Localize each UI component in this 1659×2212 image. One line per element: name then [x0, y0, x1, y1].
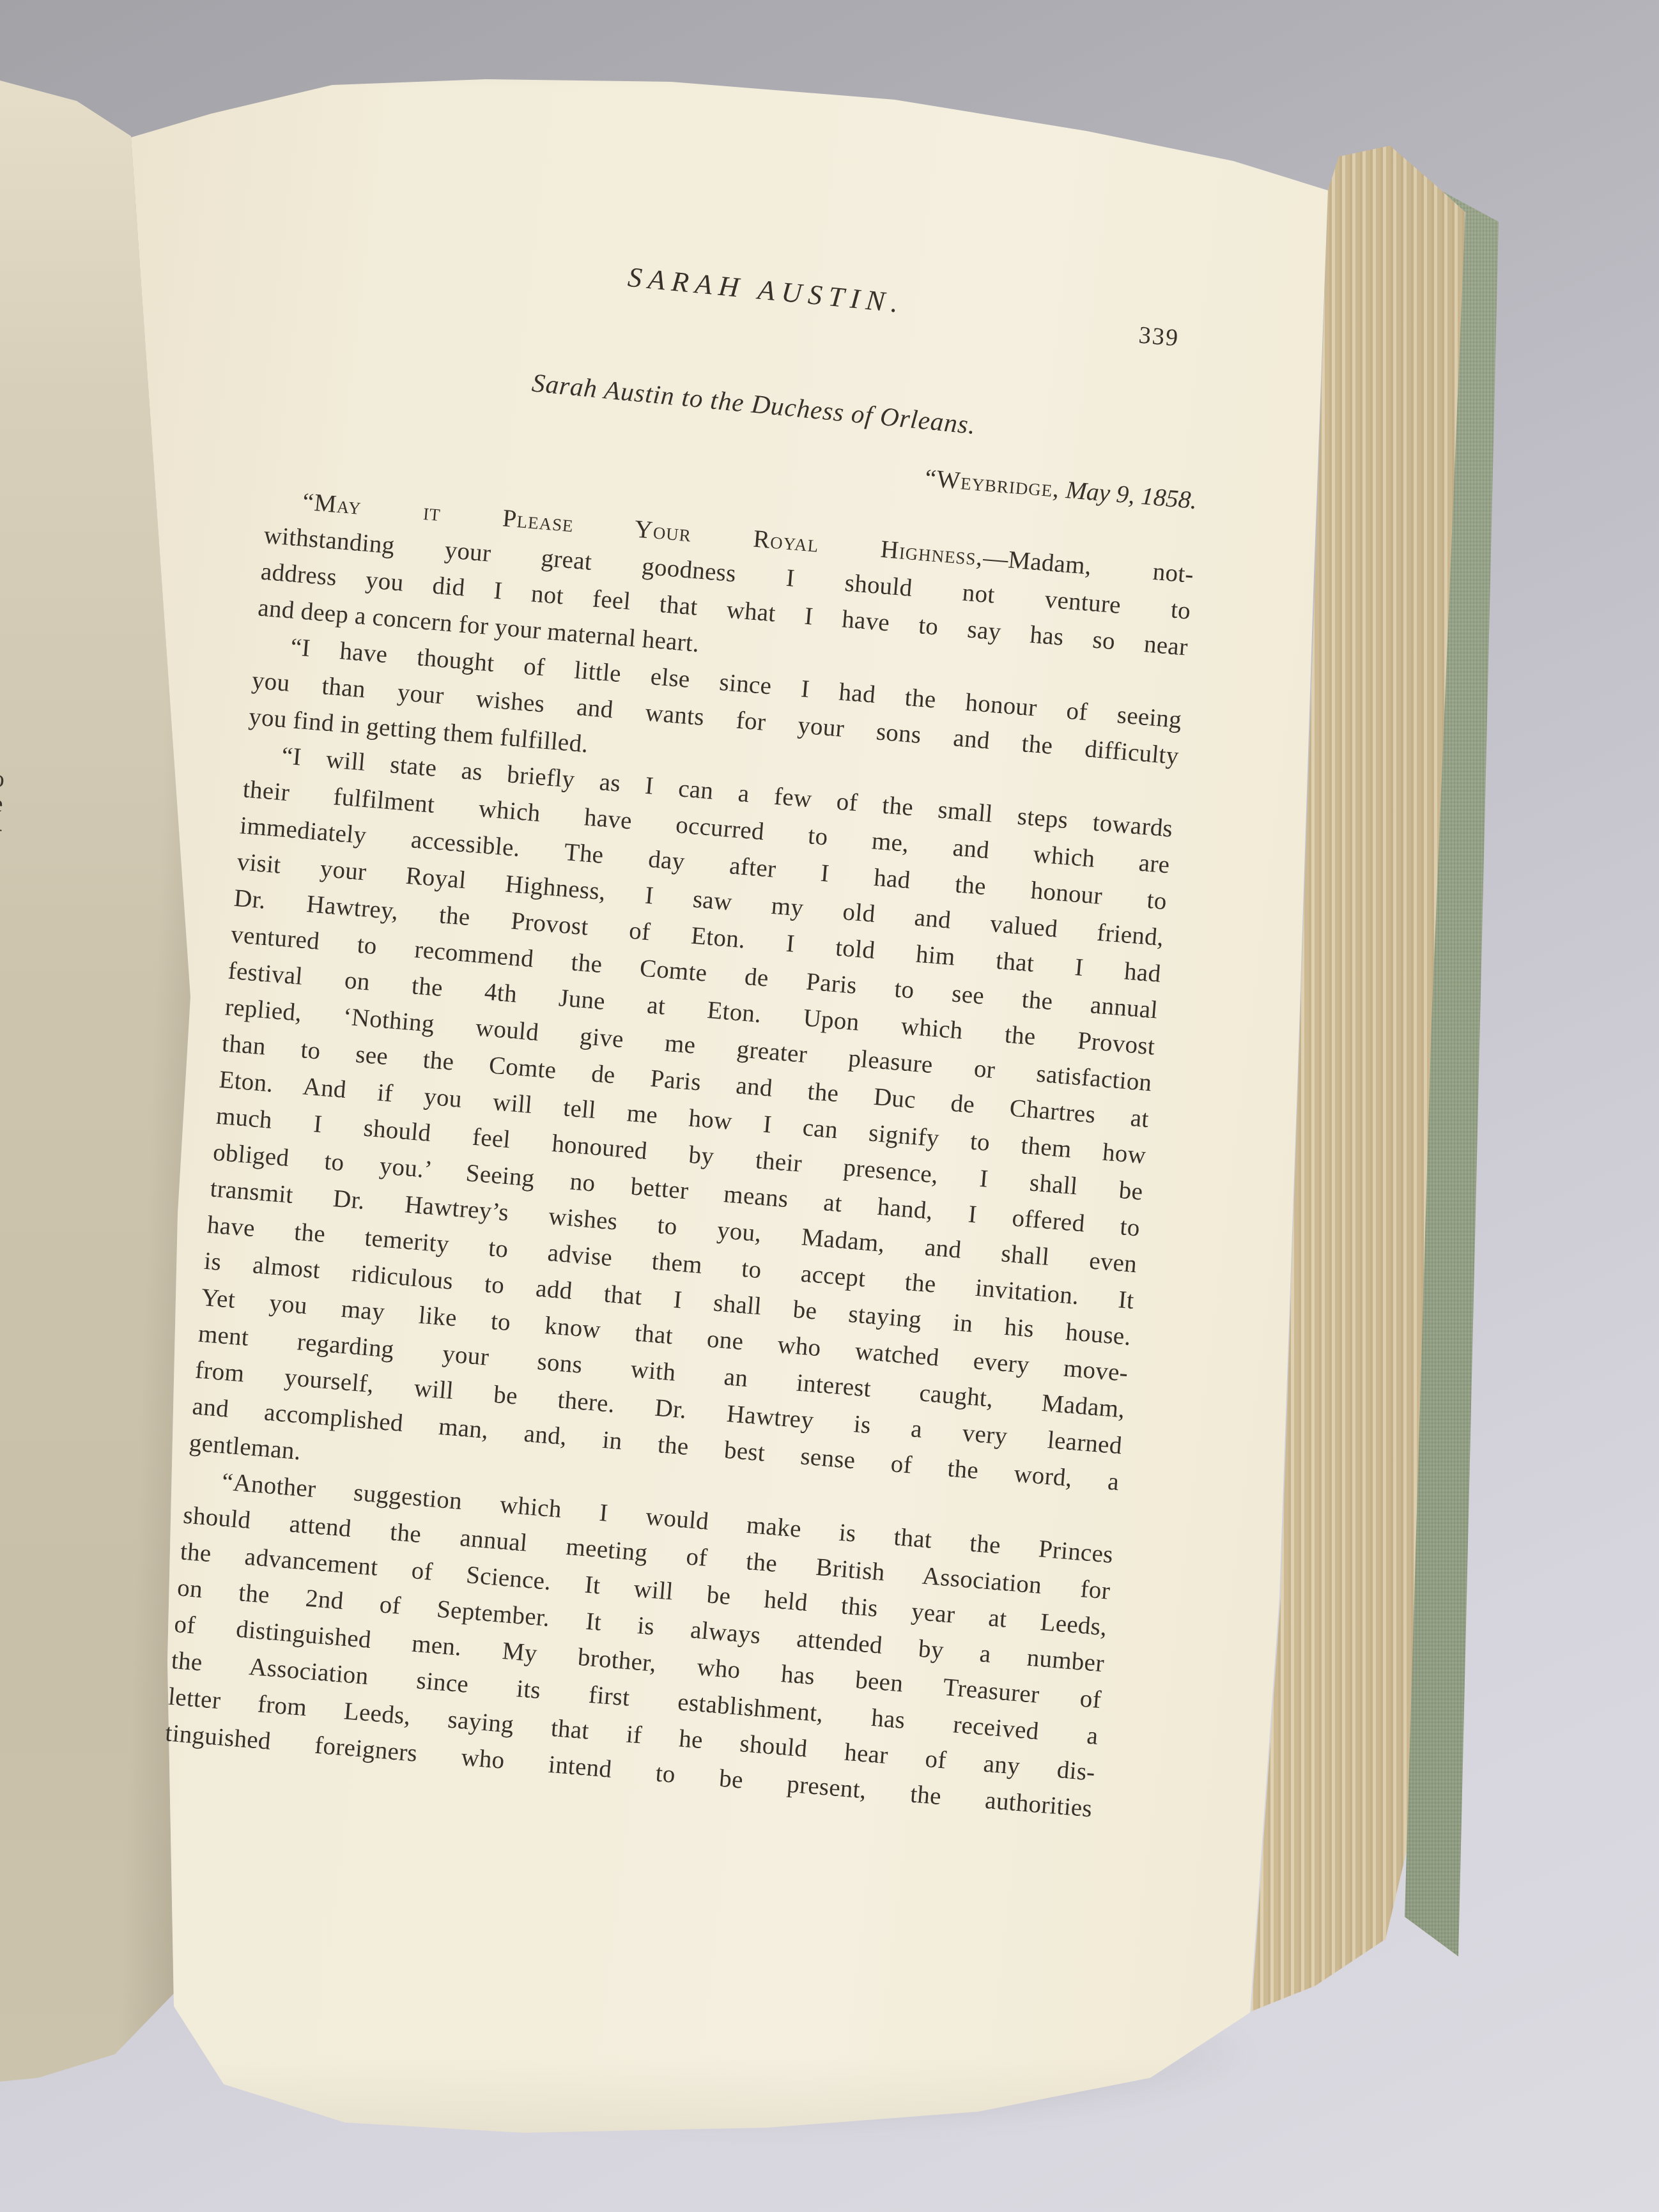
letter-body: “May it Please Your Royal Highness,—Mada…	[164, 480, 1196, 1827]
page-number: 339	[1138, 321, 1180, 352]
left-page-fragment: to	[0, 759, 6, 792]
